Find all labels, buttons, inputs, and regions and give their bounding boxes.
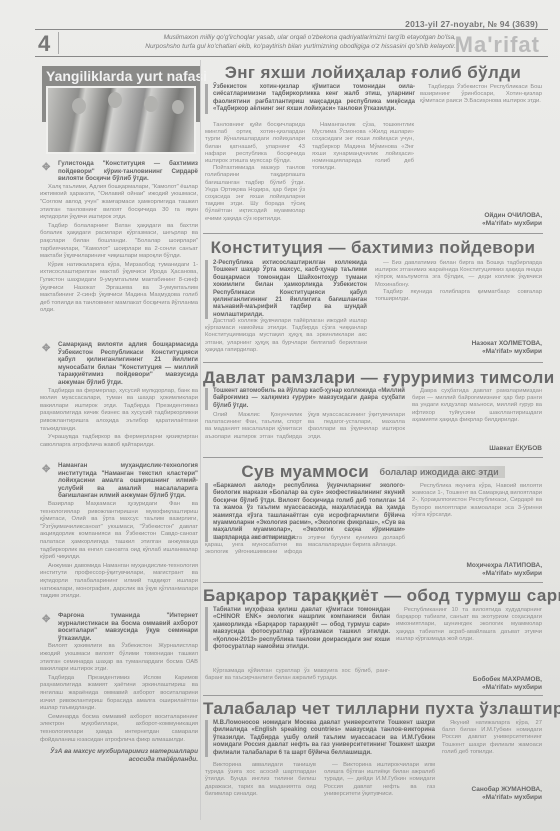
article-body-col1: Кўргазмада қўйилган суратлар ўз мавзуига… xyxy=(205,668,390,682)
news-paragraph: Вазирлар Маҳкамаси ҳузуридаги Фан ва тех… xyxy=(40,501,198,562)
article-paragraph: Наманганлик сўза, тошкентлик Муслима Ўсм… xyxy=(312,122,414,172)
article-body-col2: Наманганлик сўза, тошкентлик Муслима Ўсм… xyxy=(312,122,414,172)
article-paragraph: — Викторина иштирокчилари илм олишга бўл… xyxy=(324,762,435,798)
article-byline: Ойдин ОЧИЛОВА, «Ma'rifat» мухбири xyxy=(420,212,542,228)
article-separator xyxy=(203,695,543,696)
flower-ornament-icon: ✥ xyxy=(42,616,50,624)
flower-ornament-icon: ✥ xyxy=(42,164,50,172)
article-separator xyxy=(203,582,543,583)
news-paragraph: Семинарда босма оммавий ахборот воситала… xyxy=(40,714,198,744)
article-paragraph: Давра суҳбатида давлат рамзларимиздан би… xyxy=(412,388,542,424)
article-body-cols: Олий Мажлис Қонунчилик палатасининг Фан,… xyxy=(205,412,405,441)
article-paragraph: Олий Мажлис Қонунчилик палатасининг Фан,… xyxy=(205,412,405,441)
author-role: «Ma'rifat» мухбири xyxy=(396,684,542,692)
author-name: Шавкат ЁҚУБОВ xyxy=(412,445,542,453)
article-paragraph: Тадбирда Ўзбекистон Республикаси Бош ваз… xyxy=(420,84,542,106)
article-lead: М.В.Ломоносов номидаги Москва давлат уни… xyxy=(205,720,435,757)
photo-face xyxy=(172,100,184,114)
motto-line-1: Muslimaxon milliy qo'g'irchoqlar yasab, … xyxy=(66,33,456,42)
page-number: 4 xyxy=(38,31,50,57)
article-body-col1: Танловнинг қуйи босқичларида минглаб орт… xyxy=(205,122,305,223)
news-headline: ✥Самарқанд вилояти адлия бошқармасида Ўз… xyxy=(40,341,198,387)
article-paragraph: Дастлаб коллеж ўқувчилари тайёрлаган ижо… xyxy=(205,318,367,354)
article-body-col1: Дастлаб коллеж ўқувчилари тайёрлаган ижо… xyxy=(205,318,367,354)
article-subtitle: болалар ижодида акс этди xyxy=(374,466,505,478)
column-divider xyxy=(200,60,201,820)
news-signature: ЎзА ва махсус мухбирларимиз материаллари… xyxy=(40,748,198,764)
article-paragraph: Ешларимиз табиатга оҳиста қараш, унга му… xyxy=(205,535,405,557)
article-lead: Ўзбекистон хотин-қизлар қўмитаси томонид… xyxy=(205,84,415,114)
article-lead: Табиатни муҳофаза қилиш давлат қўмитаси … xyxy=(205,607,390,651)
article-paragraph: Республиканинг 10 та вилоятида худудларн… xyxy=(396,607,542,643)
article-body-col3: Тадбирда Ўзбекистон Республикаси Бош ваз… xyxy=(420,84,542,106)
author-name: Моҳичеҳра ЛАТИПОВА, xyxy=(412,562,542,570)
news-item: ✥Гулистонда "Конституция — бахтимиз пойд… xyxy=(40,160,198,315)
page-number-separator xyxy=(58,32,59,54)
article: Конституция — бахтимиз пойдевори xyxy=(203,238,543,258)
article-byline: Бобобек МАХРАМОВ, «Ma'rifat» мухбири xyxy=(396,676,542,692)
article-title: Талабалар чет тилларни пухта ўзлаштирмоқ… xyxy=(203,699,543,719)
news-headline: ✥Фарғона туманида "Интернет журналистика… xyxy=(40,612,198,642)
news-item: ✥Самарқанд вилояти адлия бошқармасида Ўз… xyxy=(40,341,198,449)
news-item: ✥Наманган муҳандислик-технология институ… xyxy=(40,462,198,601)
news-paragraph: Вилоят ҳокимлиги ва Ўзбекистон Журналист… xyxy=(40,643,198,673)
header-bottom-rule xyxy=(35,56,548,57)
article-paragraph: Танловнинг қуйи босқичларида минглаб орт… xyxy=(205,122,305,165)
article-byline: Моҳичеҳра ЛАТИПОВА, «Ma'rifat» мухбири xyxy=(412,562,542,578)
news-paragraph: Тадбирда Президентимиз Ислом Каримов раҳ… xyxy=(40,675,198,713)
news-headline: ✥Гулистонда "Конституция — бахтимиз пойд… xyxy=(40,160,198,183)
article-body-col3: Давра суҳбатида давлат рамзларимиздан би… xyxy=(412,388,542,424)
news-paragraph: Кўрик натижаларига кўра, Мирзаобод туман… xyxy=(40,262,198,315)
newspaper-logo: Ma'rifat xyxy=(455,32,540,58)
news-paragraph: Тадбирда ва фермерлар, хусусий мулкдорла… xyxy=(40,388,198,434)
article: Энг яхши лойиҳалар ғолиб бўлди xyxy=(203,63,543,83)
article-title: Сув муаммоси xyxy=(241,462,369,482)
article-lead: «Баркамол авлод» республика ўқувчиларнин… xyxy=(205,483,405,542)
article-lead: 2-Республика ихтисослаштирилган коллежид… xyxy=(205,260,367,319)
article-body-col3: Якуний натижаларга кўра, 27 балл билан И… xyxy=(442,720,542,756)
photo-face xyxy=(72,98,86,114)
author-name: Бобобек МАХРАМОВ, xyxy=(396,676,542,684)
article-body-col2: Республиканинг 10 та вилоятида худудларн… xyxy=(396,607,542,643)
photo-face xyxy=(108,92,122,108)
author-name: Санобар ЖУМАНОВА, xyxy=(420,786,542,794)
article-title-row: Сув муаммоси болалар ижодида акс этди xyxy=(203,462,543,482)
header-top-rule xyxy=(35,29,548,30)
motto-line-2: Nurposhsho turfa gul ko'chatlari ekib, k… xyxy=(66,42,456,51)
article: Давлат рамзлари — ғуруримиз тимсоли xyxy=(203,368,543,388)
article-title: Барқарор тараққиёт — обод турмуш сари xyxy=(203,586,543,606)
article-title: Энг яхши лойиҳалар ғолиб бўлди xyxy=(203,63,543,83)
article-paragraph: Пойтахтимизда мазкур танлов голибларини … xyxy=(205,165,305,223)
article-paragraph: Республика якунига кўра, Навоий вилояти … xyxy=(412,483,542,519)
news-paragraph: Учрашувда тадбиркор ва фермерларни қизиқ… xyxy=(40,434,198,449)
author-role: «Ma'rifat» мухбири xyxy=(412,570,542,578)
article-body-cols: Ешларимиз табиатга оҳиста қараш, унга му… xyxy=(205,535,405,557)
issue-date: 2013-yil 27-noyabr, № 94 (3639) xyxy=(405,19,538,29)
article-separator xyxy=(203,233,543,234)
article: Талабалар чет тилларни пухта ўзлаштирмоқ… xyxy=(203,699,543,719)
article-separator xyxy=(203,362,543,363)
author-role: «Ma'rifat» мухбири xyxy=(420,794,542,802)
section-banner-title: Yangiliklarda yurt nafasi xyxy=(46,68,207,84)
article-paragraph: Якуний натижаларга кўра, 27 балл билан И… xyxy=(442,720,542,756)
article-paragraph: Кўргазмада қўйилган суратлар ўз мавзуига… xyxy=(205,668,390,682)
article-paragraph: Тадбир якунида голибларга қимматбаҳо сов… xyxy=(375,289,542,303)
article: Барқарор тараққиёт — обод турмуш сари xyxy=(203,586,543,606)
flower-ornament-icon: ✥ xyxy=(42,466,50,474)
news-headline: ✥Наманган муҳандислик-технология институ… xyxy=(40,462,198,500)
news-paragraph: Халқ таълими, Адлия бошқармалари, "Камол… xyxy=(40,184,198,222)
author-name: Ойдин ОЧИЛОВА, xyxy=(420,212,542,220)
article-lead: Тошкент автомобиль ва йўллар касб-ҳунар … xyxy=(205,388,405,410)
author-role: «Ma'rifat» мухбири xyxy=(420,220,542,228)
article-body-cols: Викторина аввалидаги танишув турида ўзиг… xyxy=(205,762,435,798)
news-collage-photo xyxy=(46,86,196,154)
article-paragraph: Викторина аввалидаги танишув турида ўзиг… xyxy=(205,762,316,798)
article-byline: Санобар ЖУМАНОВА, «Ma'rifat» мухбири xyxy=(420,786,542,802)
article-title: Конституция — бахтимиз пойдевори xyxy=(203,238,543,258)
article-body-col2: — Биз давлатимиз билан бирга ва Бошқа та… xyxy=(375,260,542,303)
article-byline: Шавкат ЁҚУБОВ xyxy=(412,445,542,453)
article-separator xyxy=(203,457,543,458)
newspaper-page: 2013-yil 27-noyabr, № 94 (3639) 4 Muslim… xyxy=(0,0,560,831)
article-paragraph: — Биз давлатимиз билан бирга ва Бошқа та… xyxy=(375,260,542,289)
header-motto: Muslimaxon milliy qo'g'irchoqlar yasab, … xyxy=(66,33,456,51)
author-role: «Ma'rifat» мухбири xyxy=(375,348,542,356)
news-paragraph: Тадбир болаларнинг Ватан ҳақидаги ва бах… xyxy=(40,223,198,261)
news-paragraph: Анжуман давомида Наманган муҳандислик-те… xyxy=(40,563,198,601)
flower-ornament-icon: ✥ xyxy=(42,345,50,353)
article-title: Давлат рамзлари — ғуруримиз тимсоли xyxy=(203,368,543,388)
article-byline: Назокат ХОЛМЕТОВА, «Ma'rifat» мухбири xyxy=(375,340,542,356)
article-body-col3: Республика якунига кўра, Навоий вилояти … xyxy=(412,483,542,519)
author-name: Назокат ХОЛМЕТОВА, xyxy=(375,340,542,348)
news-item: ✥Фарғона туманида "Интернет журналистика… xyxy=(40,612,198,764)
photo-face xyxy=(144,96,158,112)
